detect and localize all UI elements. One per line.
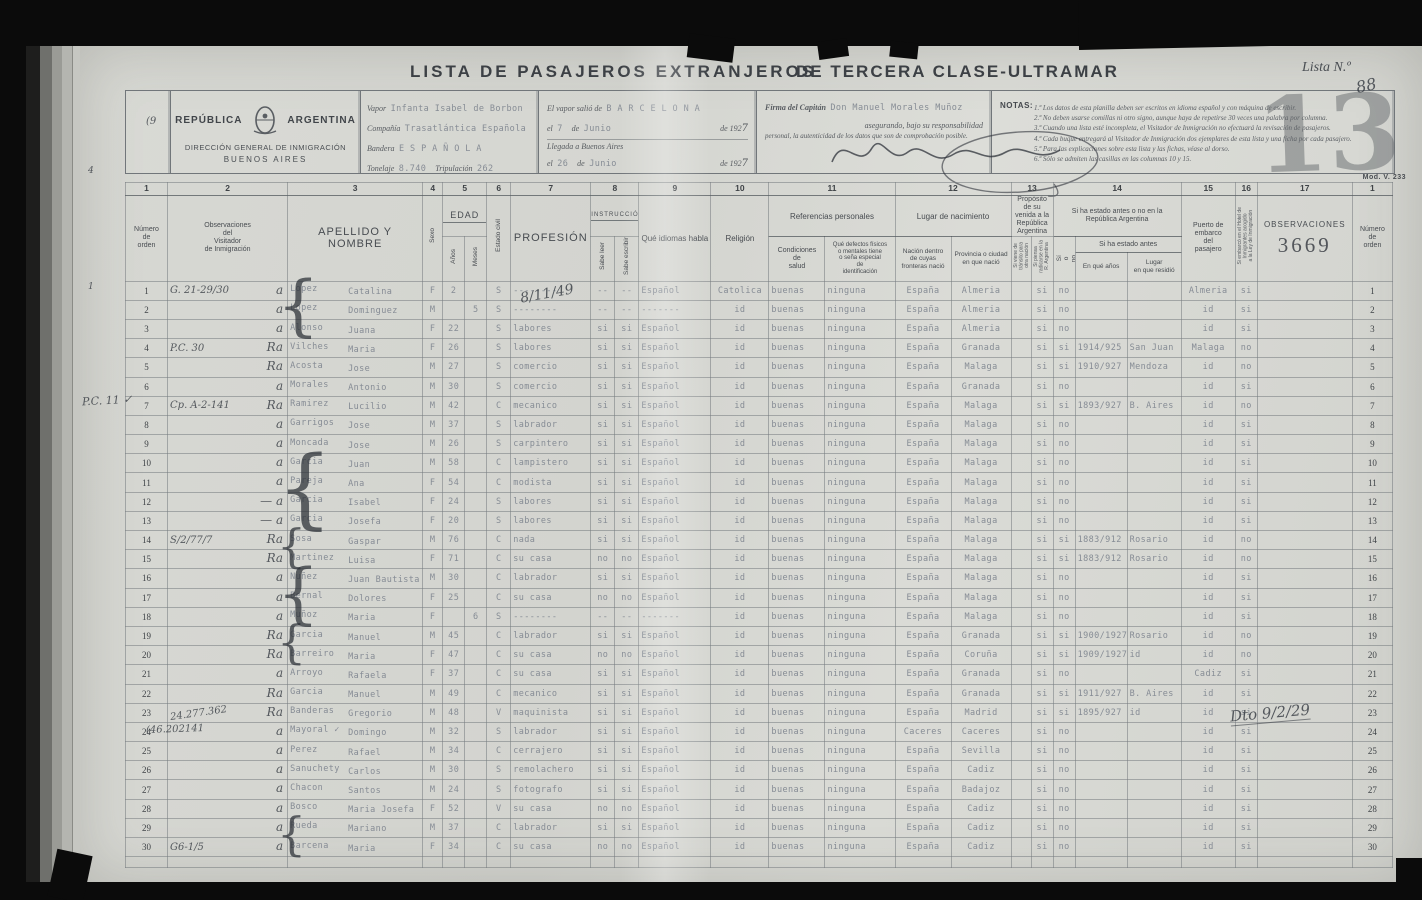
age-months [465, 569, 487, 588]
profession: labores [511, 492, 591, 511]
passenger-name: RamirezLucilio [288, 396, 423, 415]
row-observations [1257, 281, 1352, 300]
empty-cell [423, 857, 443, 868]
years-before: 1895/927 [1075, 703, 1127, 722]
row-observations [1257, 588, 1352, 607]
row-observations [1257, 722, 1352, 741]
sex: F [423, 607, 443, 626]
surname: Moncada [290, 438, 348, 448]
passenger-row: 29aRuedaMarianoM37ClabradorsisiEspañolid… [126, 818, 1393, 837]
defects: ninguna [825, 838, 895, 857]
health-condition: buenas [769, 665, 825, 684]
birth-province: Malaga [951, 588, 1011, 607]
hotel-mark: si [1235, 607, 1257, 626]
languages: Español [639, 473, 711, 492]
health-condition: buenas [769, 281, 825, 300]
embark-port: id [1181, 377, 1235, 396]
passenger-row: 2aLopezDominguezM5S-------------------id… [126, 300, 1393, 319]
transit-mark [1011, 550, 1031, 569]
languages: Español [639, 780, 711, 799]
settle-mark: si [1031, 646, 1053, 665]
age-months [465, 818, 487, 837]
order-number-2: 19 [1352, 626, 1392, 645]
embark-port: Malaga [1181, 339, 1235, 358]
sex: M [423, 415, 443, 434]
visitador-observation: a [168, 607, 288, 626]
can-write: si [615, 780, 639, 799]
birth-province: Coruña [951, 646, 1011, 665]
passenger-name: SanuchetyCarlos [288, 761, 423, 780]
age-months [465, 396, 487, 415]
birth-province: Malaga [951, 607, 1011, 626]
bandera-value: E S P A Ñ O L A [399, 144, 482, 154]
transit-mark [1011, 492, 1031, 511]
col-instruccion: INSTRUCCIÓN [591, 196, 639, 237]
visitador-mark: a [276, 417, 283, 431]
civil-status: C [487, 588, 511, 607]
place-resided [1127, 761, 1181, 780]
visitador-mark: a [276, 839, 283, 853]
languages: Español [639, 588, 711, 607]
been-before-mark: no [1053, 569, 1075, 588]
been-before-mark: si [1053, 684, 1075, 703]
order-number: 29 [126, 818, 168, 837]
settle-mark: si [1031, 492, 1053, 511]
embark-port: id [1181, 646, 1235, 665]
passenger-name: GarciaIsabel [288, 492, 423, 511]
visitador-mark: Ra [267, 340, 283, 354]
llegada-day: 26 [557, 159, 568, 169]
can-write: si [615, 818, 639, 837]
languages: Español [639, 377, 711, 396]
passenger-name: GarciaJosefa [288, 511, 423, 530]
been-before-mark: si [1053, 703, 1075, 722]
sex: F [423, 665, 443, 684]
settle-mark: si [1031, 838, 1053, 857]
settle-mark: si [1031, 569, 1053, 588]
hotel-mark: si [1235, 780, 1257, 799]
surname: Garcia [290, 630, 348, 640]
religion: id [711, 358, 769, 377]
passenger-name: MartinezLuisa [288, 550, 423, 569]
years-before: 1909/1927 [1075, 646, 1127, 665]
defects: ninguna [825, 665, 895, 684]
birth-nation: España [895, 415, 951, 434]
row-observations [1257, 511, 1352, 530]
el-label2: el [547, 159, 553, 168]
embark-port: Almeria [1181, 281, 1235, 300]
been-before-mark: no [1053, 492, 1075, 511]
embark-port: id [1181, 358, 1235, 377]
can-read: no [591, 550, 615, 569]
visitador-observation: G6-1/5a [168, 838, 288, 857]
transit-mark [1011, 511, 1031, 530]
passenger-row: 18aMuñozMariaF6S-------------------idbue… [126, 607, 1393, 626]
row-observations [1257, 607, 1352, 626]
compania-value: Trasatlántica Española [405, 124, 526, 134]
el-label: el [547, 124, 553, 133]
passenger-row: 11aParejaAnaF54CmodistasisiEspañolidbuen… [126, 473, 1393, 492]
transit-mark [1011, 626, 1031, 645]
birth-province: Cadiz [951, 818, 1011, 837]
given-name: Rafael [348, 748, 381, 758]
place-resided [1127, 799, 1181, 818]
passenger-name: GarciaManuel [288, 684, 423, 703]
religion: id [711, 684, 769, 703]
order-number: 20 [126, 646, 168, 665]
health-condition: buenas [769, 531, 825, 550]
settle-mark: si [1031, 319, 1053, 338]
age-years: 26 [443, 339, 465, 358]
col-estado-antes: Si ha estado antes o no en la República … [1053, 196, 1181, 237]
can-write: si [615, 415, 639, 434]
order-number-2: 10 [1352, 454, 1392, 473]
settle-mark: si [1031, 799, 1053, 818]
embark-port: id [1181, 626, 1235, 645]
sex: M [423, 761, 443, 780]
visitador-mark: Ra [267, 647, 283, 661]
col-provincia: Provincia o ciudad en que nació [951, 237, 1011, 281]
religion: id [711, 531, 769, 550]
visitador-mark: a [276, 781, 283, 795]
can-write: no [615, 550, 639, 569]
given-name: Juan [348, 460, 370, 470]
salida-port: B A R C E L O N A [606, 104, 700, 114]
been-before-mark: no [1053, 818, 1075, 837]
passenger-row: 22RaGarciaManuelM49CmecanicosisiEspañoli… [126, 684, 1393, 703]
languages: Español [639, 646, 711, 665]
civil-status: C [487, 742, 511, 761]
visitador-observation: a [168, 319, 288, 338]
can-write: si [615, 569, 639, 588]
settle-mark: si [1031, 761, 1053, 780]
birth-province: Malaga [951, 396, 1011, 415]
age-months [465, 626, 487, 645]
civil-status: S [487, 511, 511, 530]
age-years: 22 [443, 319, 465, 338]
birth-province: Malaga [951, 569, 1011, 588]
languages: ------- [639, 607, 711, 626]
sex: F [423, 511, 443, 530]
sex: F [423, 281, 443, 300]
passenger-name: NuñezJuan Bautista [288, 569, 423, 588]
passenger-row: 10aGarciaJuanM58ClampisterosisiEspañolid… [126, 454, 1393, 473]
defects: ninguna [825, 684, 895, 703]
sex: F [423, 319, 443, 338]
embark-port: Cadiz [1181, 665, 1235, 684]
age-months [465, 684, 487, 703]
sex: F [423, 588, 443, 607]
order-number-2: 23 [1352, 703, 1392, 722]
visitador-observation: Cp. A-2-141Ra [168, 396, 288, 415]
visitador-mark: a [276, 590, 283, 604]
years-before [1075, 300, 1127, 319]
birth-nation: España [895, 550, 951, 569]
surname: Rueda [290, 821, 348, 831]
given-name: Antonio [348, 383, 387, 393]
visitador-observation: Ra [168, 646, 288, 665]
age-years: 49 [443, 684, 465, 703]
can-read: si [591, 742, 615, 761]
visitador-mark: a [276, 609, 283, 623]
been-before-mark: si [1053, 358, 1075, 377]
llegada-year-handwritten: 7 [742, 158, 748, 169]
visitador-observation: Ra [168, 684, 288, 703]
passenger-name: GarrigosJose [288, 415, 423, 434]
embark-port: id [1181, 818, 1235, 837]
order-number: 5 [126, 358, 168, 377]
birth-nation: España [895, 396, 951, 415]
religion: id [711, 722, 769, 741]
llegada-year-prefix: de 192 [720, 159, 742, 168]
row-observations [1257, 761, 1352, 780]
sex: M [423, 742, 443, 761]
order-number: 25 [126, 742, 168, 761]
hotel-mark: si [1235, 742, 1257, 761]
place-resided [1127, 742, 1181, 761]
order-number-2: 13 [1352, 511, 1392, 530]
been-before-mark: no [1053, 377, 1075, 396]
visitador-mark: Ra [267, 551, 283, 565]
health-condition: buenas [769, 300, 825, 319]
row-observations [1257, 626, 1352, 645]
place-resided: B. Aires [1127, 684, 1181, 703]
years-before [1075, 569, 1127, 588]
birth-province: Granada [951, 339, 1011, 358]
can-read: si [591, 665, 615, 684]
profession: -------- [511, 300, 591, 319]
embark-port: id [1181, 396, 1235, 415]
civil-status: C [487, 818, 511, 837]
profession: su casa [511, 799, 591, 818]
age-years: 32 [443, 722, 465, 741]
col-proposito: Propósito de su venida a la República Ar… [1011, 196, 1053, 237]
can-write: si [615, 722, 639, 741]
age-years: 45 [443, 626, 465, 645]
health-condition: buenas [769, 454, 825, 473]
age-years: 25 [443, 588, 465, 607]
health-condition: buenas [769, 435, 825, 454]
empty-row [126, 857, 1393, 868]
row-observations [1257, 473, 1352, 492]
been-before-mark: si [1053, 396, 1075, 415]
empty-cell [1127, 857, 1181, 868]
profession: carpintero [511, 435, 591, 454]
passenger-row: 28aBoscoMaria JosefaF52Vsu casanonoEspañ… [126, 799, 1393, 818]
defects: ninguna [825, 319, 895, 338]
been-before-mark: no [1053, 281, 1075, 300]
handwritten-annotation: 4 [88, 166, 94, 176]
profession: labores [511, 319, 591, 338]
passenger-name: BanderasGregorio [288, 703, 423, 722]
age-years: 37 [443, 415, 465, 434]
visitador-mark: Ra [267, 359, 283, 373]
passenger-row: 21aArroyoRafaelaF37Csu casasisiEspañolid… [126, 665, 1393, 684]
embark-port: id [1181, 492, 1235, 511]
birth-province: Cadiz [951, 838, 1011, 857]
civil-status: S [487, 722, 511, 741]
can-read: si [591, 511, 615, 530]
can-write: si [615, 511, 639, 530]
place-resided: Rosario [1127, 550, 1181, 569]
torn-edge [1078, 0, 1422, 50]
health-condition: buenas [769, 550, 825, 569]
civil-status: S [487, 415, 511, 434]
tripulacion-label: Tripulación [435, 164, 472, 173]
col-edad: EDAD [443, 196, 487, 237]
can-read: si [591, 473, 615, 492]
hotel-mark: no [1235, 531, 1257, 550]
row-observations [1257, 799, 1352, 818]
can-write: si [615, 626, 639, 645]
place-resided: Mendoza [1127, 358, 1181, 377]
been-before-mark: si [1053, 646, 1075, 665]
visitador-observation: a [168, 818, 288, 837]
visitador-mark: Ra [267, 532, 283, 546]
visitador-code: S/2/77/7 [170, 535, 212, 546]
col-profesion: PROFESIÓN [511, 196, 591, 282]
years-before: 1911/927 [1075, 684, 1127, 703]
surname: Barreiro [290, 649, 348, 659]
can-read: no [591, 799, 615, 818]
col-numero-orden-2: Número de orden [1352, 196, 1392, 282]
page-edge-strip [73, 0, 80, 900]
passenger-name: MoralesAntonio [288, 377, 423, 396]
passenger-name: SosaGaspar [288, 531, 423, 550]
profession: su casa [511, 550, 591, 569]
hotel-mark: si [1235, 761, 1257, 780]
years-before [1075, 588, 1127, 607]
religion: id [711, 607, 769, 626]
hotel-mark: si [1235, 454, 1257, 473]
health-condition: buenas [769, 742, 825, 761]
page-edge-strip [62, 0, 73, 900]
languages: Español [639, 665, 711, 684]
profession: mecanico [511, 396, 591, 415]
transit-mark [1011, 531, 1031, 550]
can-write: -- [615, 300, 639, 319]
languages: Español [639, 722, 711, 741]
place-resided [1127, 473, 1181, 492]
row-observations [1257, 300, 1352, 319]
birth-province: Malaga [951, 492, 1011, 511]
transit-mark [1011, 703, 1031, 722]
embark-port: id [1181, 473, 1235, 492]
transit-mark [1011, 742, 1031, 761]
defects: ninguna [825, 818, 895, 837]
corner-shadow [1396, 858, 1422, 900]
visitador-mark: a [276, 762, 283, 776]
birth-nation: España [895, 646, 951, 665]
visitador-code: P.C. 30 [170, 343, 204, 354]
settle-mark: si [1031, 415, 1053, 434]
languages: Español [639, 435, 711, 454]
health-condition: buenas [769, 377, 825, 396]
order-number: 10 [126, 454, 168, 473]
profession: mecanico [511, 684, 591, 703]
transit-mark [1011, 569, 1031, 588]
order-number: 24 [126, 722, 168, 741]
col-si-o-no: Sí o no [1053, 237, 1075, 281]
surname: Barcena [290, 841, 348, 851]
surname: Muñoz [290, 610, 348, 620]
can-read: si [591, 780, 615, 799]
hotel-mark: si [1235, 300, 1257, 319]
age-months [465, 358, 487, 377]
empty-cell [895, 857, 951, 868]
defects: ninguna [825, 703, 895, 722]
transit-mark [1011, 722, 1031, 741]
sex: M [423, 377, 443, 396]
languages: Español [639, 626, 711, 645]
transit-mark [1011, 281, 1031, 300]
salida-year-handwritten: 7 [742, 123, 748, 134]
given-name: Gregorio [348, 709, 392, 719]
passenger-row: 30G6-1/5aBarcenaMariaF34Csu casanonoEspa… [126, 838, 1393, 857]
col-transito: Si viene de tránsito para otra nación [1011, 237, 1031, 281]
surname: Garcia [290, 514, 348, 524]
hotel-mark: no [1235, 550, 1257, 569]
health-condition: buenas [769, 761, 825, 780]
surname: Arroyo [290, 668, 348, 678]
languages: Español [639, 550, 711, 569]
passenger-name: Mayoral ✓Domingo [288, 722, 423, 741]
visitador-code: G6-1/5 [170, 842, 204, 853]
profession: cerrajero [511, 742, 591, 761]
order-number-2: 14 [1352, 531, 1392, 550]
captain-name: Don Manuel Morales Muñoz [830, 103, 962, 113]
empty-cell [769, 857, 825, 868]
order-number-2: 2 [1352, 300, 1392, 319]
can-write: no [615, 588, 639, 607]
order-number: 28 [126, 799, 168, 818]
religion: id [711, 665, 769, 684]
visitador-observation: a [168, 435, 288, 454]
place-resided [1127, 300, 1181, 319]
defects: ninguna [825, 646, 895, 665]
order-number: 13 [126, 511, 168, 530]
order-number-2: 9 [1352, 435, 1392, 454]
been-before-mark: no [1053, 473, 1075, 492]
visitador-observation: Ra [168, 550, 288, 569]
hotel-mark: si [1235, 415, 1257, 434]
surname: Acosta [290, 361, 348, 371]
settle-mark: si [1031, 281, 1053, 300]
visitador-code: Cp. A-2-141 [170, 400, 230, 411]
visitador-observation: a [168, 300, 288, 319]
profession: fotografo [511, 780, 591, 799]
embark-port: id [1181, 761, 1235, 780]
visitador-mark: a [276, 302, 283, 316]
given-name: Maria [348, 613, 376, 623]
birth-nation: España [895, 319, 951, 338]
order-number: 7 [126, 396, 168, 415]
been-before-mark: no [1053, 780, 1075, 799]
hotel-mark: si [1235, 281, 1257, 300]
sex: M [423, 454, 443, 473]
given-name: Isabel [348, 498, 381, 508]
visitador-observation: a [168, 665, 288, 684]
place-resided: id [1127, 646, 1181, 665]
years-before: 1883/912 ✓ [1075, 531, 1127, 550]
religion: id [711, 396, 769, 415]
age-years: 47 [443, 646, 465, 665]
languages: Español [639, 281, 711, 300]
defects: ninguna [825, 607, 895, 626]
religion: id [711, 435, 769, 454]
row-observations [1257, 665, 1352, 684]
birth-nation: España [895, 281, 951, 300]
